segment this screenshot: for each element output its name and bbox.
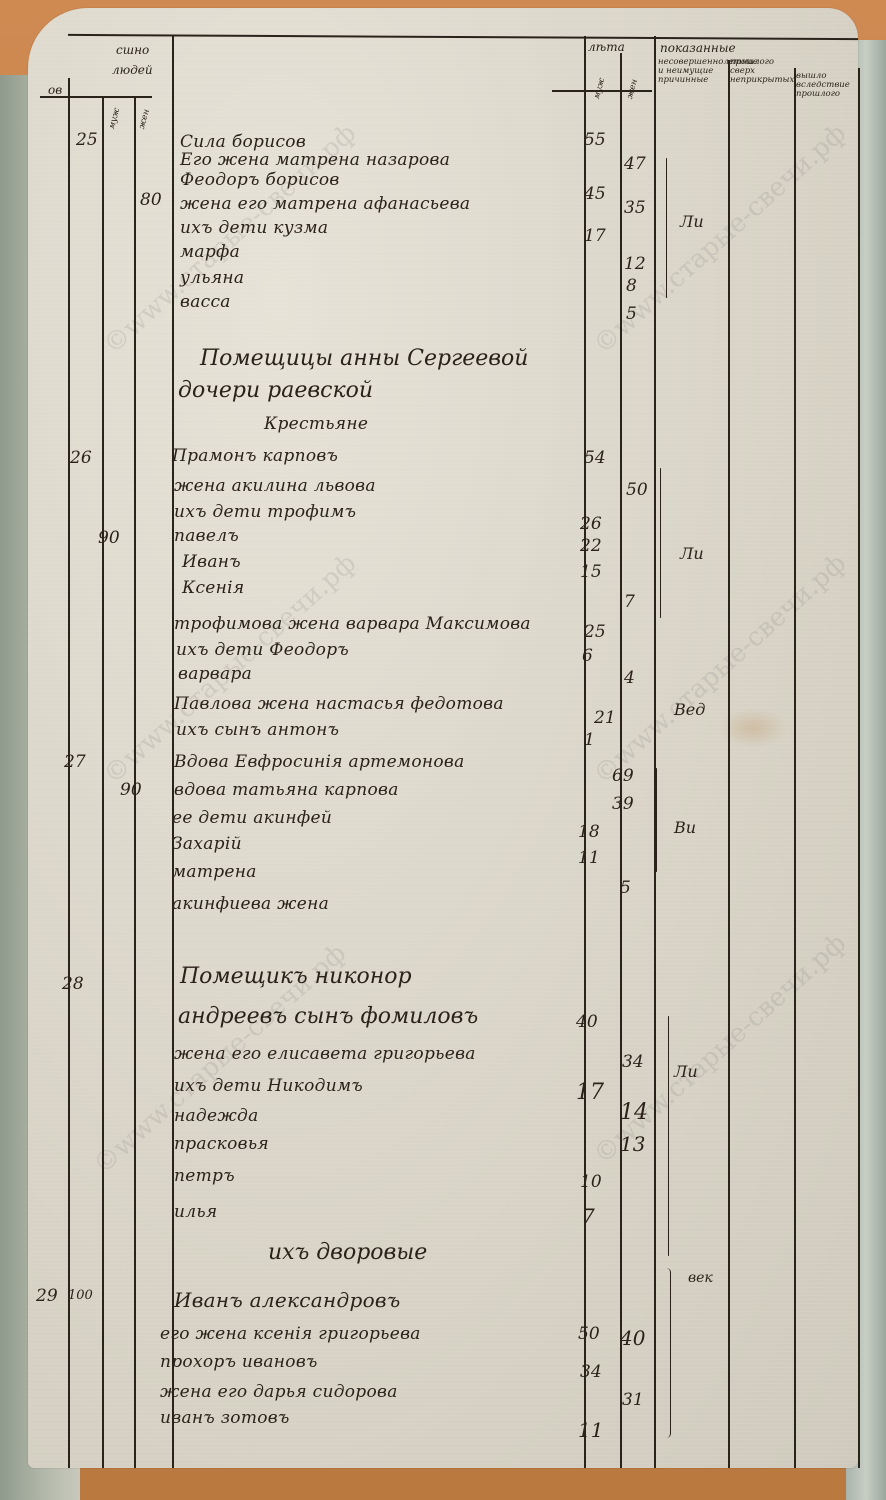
entry-line: ихъ дети Феодоръ bbox=[176, 640, 349, 660]
header-shown-sub2: прошлого сверх неприкрытых bbox=[730, 58, 792, 85]
age-male: 54 bbox=[584, 448, 606, 468]
entry-line: жена его матрена афанасьева bbox=[180, 194, 470, 214]
entry-line: Иванъ bbox=[182, 552, 241, 572]
entry-tally: 80 bbox=[140, 190, 162, 210]
age-male: 17 bbox=[576, 1080, 604, 1105]
entry-line: васса bbox=[180, 292, 231, 312]
margin-note: век bbox=[688, 1270, 713, 1286]
section-title: андреевъ сынъ фомиловъ bbox=[178, 1004, 478, 1029]
entry-line: Иванъ александровъ bbox=[174, 1288, 401, 1312]
entry-line: надежда bbox=[174, 1106, 259, 1126]
entry-line: акинфиева жена bbox=[172, 894, 329, 914]
age-male: 25 bbox=[584, 622, 606, 642]
entry-line: Захарій bbox=[172, 834, 242, 854]
family-brace bbox=[666, 158, 667, 298]
entry-number: 28 bbox=[62, 974, 84, 994]
age-female: 35 bbox=[624, 198, 646, 218]
header-shown: показанные bbox=[660, 42, 736, 54]
header-people-top: сшно bbox=[116, 44, 149, 56]
entry-line: жена его елисавета григорьева bbox=[174, 1044, 476, 1064]
entry-line: ульяна bbox=[180, 268, 244, 288]
age-male: 10 bbox=[580, 1172, 602, 1192]
entry-line: Прамонъ карповъ bbox=[172, 446, 338, 466]
age-female: 40 bbox=[620, 1326, 645, 1350]
age-male: 45 bbox=[584, 184, 606, 204]
family-brace bbox=[668, 1016, 669, 1256]
entry-line: матрена bbox=[172, 862, 257, 882]
document-page: ©www.старые-свечи.рф ©www.старые-свечи.р… bbox=[28, 8, 858, 1468]
header-shown-sub1: несовершеннолетние и неимущие причинные bbox=[658, 58, 724, 85]
entry-tally: 90 bbox=[120, 780, 142, 800]
entry-number: 26 bbox=[70, 448, 92, 468]
header-age-male: муж bbox=[593, 77, 607, 100]
entry-line: Феодоръ борисов bbox=[180, 170, 340, 190]
entry-line: петръ bbox=[174, 1166, 235, 1186]
col-line-1 bbox=[68, 78, 70, 1468]
age-male: 1 bbox=[584, 730, 595, 750]
age-female: 12 bbox=[624, 254, 646, 274]
age-male: 50 bbox=[578, 1324, 600, 1344]
age-male: 17 bbox=[584, 226, 606, 246]
section-title: ихъ дворовые bbox=[268, 1240, 427, 1265]
col-line-shown-2 bbox=[794, 68, 796, 1468]
age-female: 47 bbox=[624, 154, 646, 174]
age-male: 18 bbox=[578, 822, 600, 842]
entry-line: ее дети акинфей bbox=[172, 808, 332, 828]
entry-line: прохоръ ивановъ bbox=[160, 1352, 318, 1372]
entry-number: 27 bbox=[64, 752, 86, 772]
col-line-shown-3 bbox=[858, 68, 860, 1468]
header-people: людей bbox=[112, 64, 153, 76]
entry-line: жена акилина львова bbox=[174, 476, 376, 496]
entry-line: Ксенія bbox=[182, 578, 244, 598]
header-household: ов bbox=[48, 84, 62, 96]
header-people-male: муж bbox=[108, 107, 122, 130]
age-male: 22 bbox=[580, 536, 602, 556]
age-female: 13 bbox=[620, 1132, 645, 1156]
age-female: 14 bbox=[620, 1100, 648, 1125]
margin-note: Ли bbox=[674, 1062, 698, 1081]
entry-tally: 90 bbox=[98, 528, 120, 548]
entry-number: 29 bbox=[36, 1286, 58, 1306]
age-female: 34 bbox=[622, 1052, 644, 1072]
entry-tally: 100 bbox=[68, 1288, 93, 1303]
entry-line: павелъ bbox=[174, 526, 239, 546]
entry-line: варвара bbox=[178, 664, 252, 684]
header-age-top: лѣта bbox=[588, 41, 625, 53]
age-male: 6 bbox=[582, 646, 593, 666]
age-male: 40 bbox=[576, 1012, 598, 1032]
entry-line: ихъ дети трофимъ bbox=[174, 502, 356, 522]
entry-line: Вдова Евфросинія артемонова bbox=[174, 752, 465, 772]
col-line-shown-1 bbox=[728, 60, 730, 1468]
entry-line: прасковья bbox=[174, 1134, 269, 1154]
age-male: 11 bbox=[578, 1418, 603, 1442]
age-male: 11 bbox=[578, 848, 600, 868]
family-brace bbox=[662, 1268, 671, 1438]
entry-line: илья bbox=[174, 1202, 217, 1222]
age-female: 31 bbox=[622, 1390, 644, 1410]
entry-line: ихъ сынъ антонъ bbox=[176, 720, 339, 740]
top-rule bbox=[68, 34, 858, 40]
section-title: Помещикъ никонор bbox=[180, 964, 412, 989]
age-female: 69 bbox=[612, 766, 634, 786]
margin-note: Ли bbox=[680, 544, 704, 563]
age-male: 21 bbox=[594, 708, 616, 728]
entry-line: Его жена матрена назарова bbox=[180, 150, 450, 170]
margin-note: Вед bbox=[674, 700, 705, 719]
section-subtitle: Крестьяне bbox=[264, 414, 368, 434]
entry-line: вдова татьяна карпова bbox=[174, 780, 399, 800]
margin-note: Ли bbox=[680, 212, 704, 231]
header-people-female: жен bbox=[138, 108, 152, 130]
age-female: 39 bbox=[612, 794, 634, 814]
age-male: 55 bbox=[584, 130, 606, 150]
col-line-age-mid bbox=[620, 53, 622, 1468]
entry-line: Сила борисов bbox=[180, 132, 306, 152]
age-male: 34 bbox=[580, 1362, 602, 1382]
margin-note: Ви bbox=[674, 818, 696, 837]
entry-number: 25 bbox=[76, 130, 98, 150]
entry-line: марфа bbox=[180, 242, 240, 262]
col-line-age-right bbox=[654, 36, 656, 1468]
col-line-age-left bbox=[584, 36, 586, 1468]
col-line-2 bbox=[102, 96, 104, 1468]
entry-line: ихъ дети кузма bbox=[180, 218, 328, 238]
age-male: 15 bbox=[580, 562, 602, 582]
entry-line: Павлова жена настасья федотова bbox=[174, 694, 504, 714]
age-male: 7 bbox=[582, 1204, 595, 1228]
header-shown-sub3: вышло вследствие прошлого bbox=[796, 72, 856, 99]
family-brace bbox=[660, 468, 661, 618]
age-female: 7 bbox=[624, 592, 635, 612]
age-female: 50 bbox=[626, 480, 648, 500]
entry-line: ихъ дети Никодимъ bbox=[174, 1076, 363, 1096]
age-female: 4 bbox=[624, 668, 635, 688]
section-title: дочери раевской bbox=[178, 378, 373, 403]
entry-line: трофимова жена варвара Максимова bbox=[174, 614, 531, 634]
family-brace bbox=[656, 768, 657, 872]
age-male: 26 bbox=[580, 514, 602, 534]
entry-line: иванъ зотовъ bbox=[160, 1408, 290, 1428]
age-female: 5 bbox=[626, 304, 637, 324]
entry-line: его жена ксенія григорьева bbox=[160, 1324, 421, 1344]
section-title: Помещицы анны Сергеевой bbox=[200, 346, 528, 371]
entry-line: жена его дарья сидорова bbox=[160, 1382, 398, 1402]
age-female: 5 bbox=[620, 878, 631, 898]
age-female: 8 bbox=[626, 276, 637, 296]
